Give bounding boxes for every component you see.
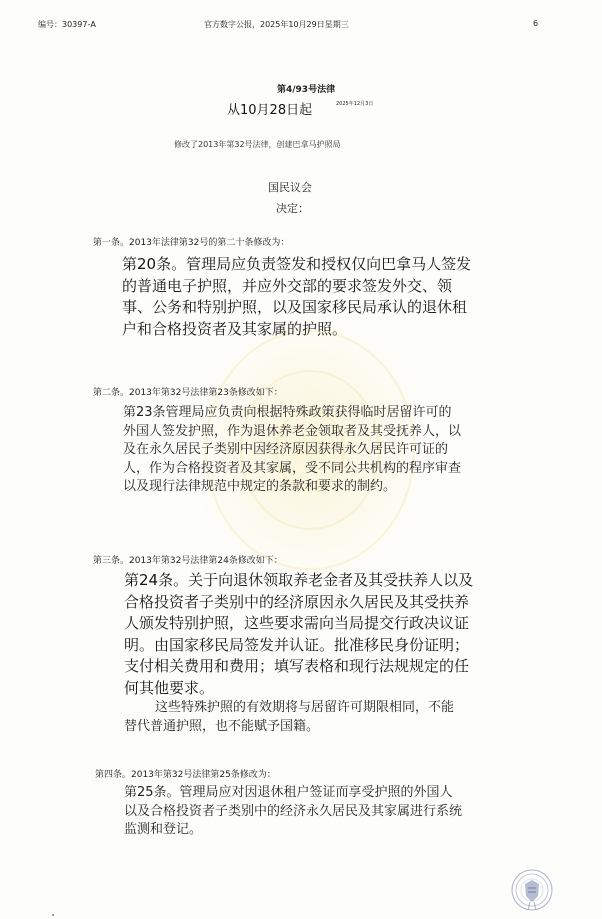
gazette-header: 官方数字公报，2025年10月29日星期三 — [204, 19, 349, 30]
article-3-text: 第24条。关于向退休领取养老金者及其受扶养人以及合格投资者子类别中的经济原因永久… — [124, 570, 476, 699]
gazette-page: 编号：30397-A 官方数字公报，2025年10月29日星期三 6 第4/93… — [0, 0, 602, 919]
scan-artifact — [52, 914, 54, 916]
article-2-text: 第23条管理局应负责向根据特殊政策获得临时居留许可的外国人签发护照，作为退休养老… — [123, 404, 461, 497]
law-subtitle: 修改了2013年第32号法律，创建巴拿马护照局 — [174, 139, 341, 150]
decision-label: 决定： — [276, 200, 309, 216]
article-1-heading: 第一条。2013年法律第32号的第二十条修改为： — [93, 235, 289, 248]
national-assembly: 国民议会 — [268, 179, 312, 195]
article-1-text: 第20条。管理局应负责签发和授权仅向巴拿马人签发的普通电子护照，并应外交部的要求… — [122, 254, 472, 340]
official-seal-icon — [510, 866, 558, 914]
document-serial: 编号：30397-A — [38, 19, 96, 30]
article-3-heading: 第三条。2013年第32号法律第24条修改如下： — [93, 553, 283, 566]
issue-date: 2025年12月3日 — [336, 100, 373, 107]
effective-date: 从10月28日起 — [227, 99, 312, 118]
article-4-heading: 第四条。2013年第32号法律第25条修改为： — [95, 767, 276, 780]
article-3-note: 这些特殊护照的有效期将与居留许可期限相同，不能替代普通护照，也不能赋予国籍。 — [124, 698, 464, 736]
article-4-text: 第25条。管理局应对因退休租户签证而享受护照的外国人以及合格投资者子类别中的经济… — [124, 784, 465, 840]
article-2-heading: 第二条。2013年第32号法律第23条修改如下： — [93, 385, 283, 398]
page-number: 6 — [533, 19, 538, 28]
law-number: 第4/93号法律 — [277, 82, 335, 95]
